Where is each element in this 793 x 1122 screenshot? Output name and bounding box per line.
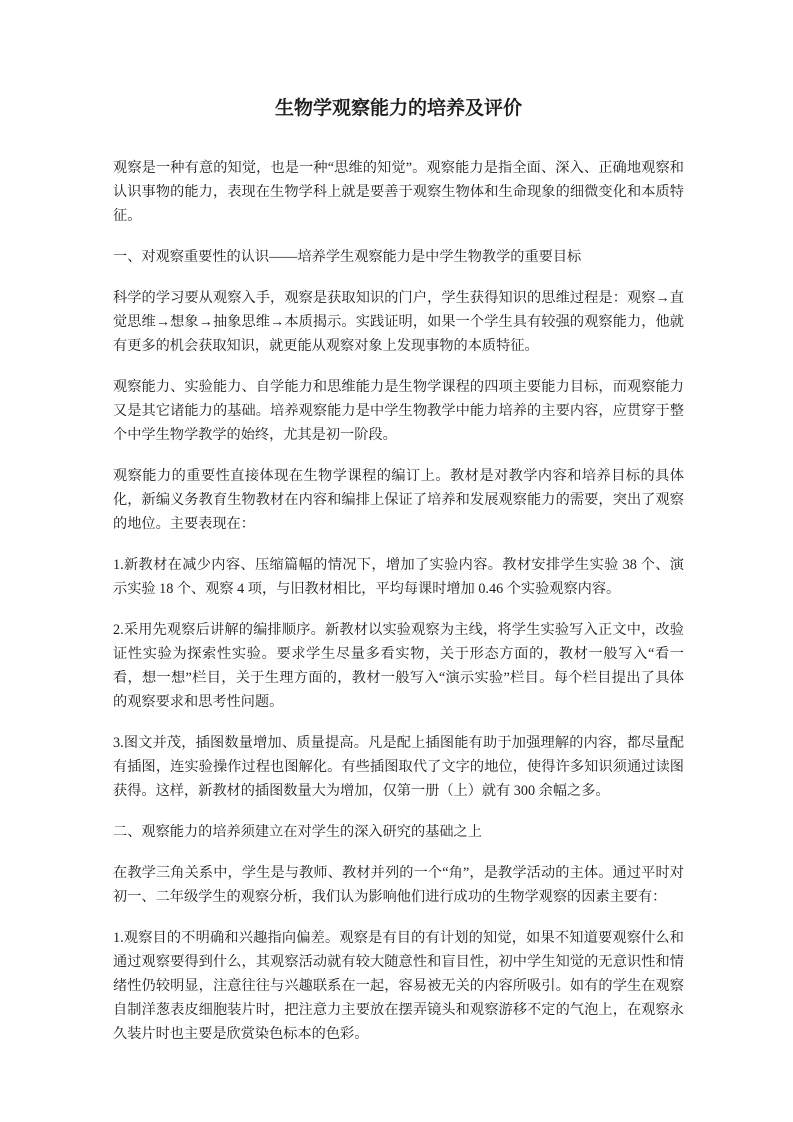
document-title: 生物学观察能力的培养及评价 — [113, 96, 684, 122]
section-heading-2: 二、观察能力的培养须建立在对学生的深入研究的基础之上 — [113, 820, 684, 844]
paragraph-learning-from-observation: 科学的学习要从观察入手，观察是获取知识的门户，学生获得知识的思维过程是：观察→直… — [113, 286, 684, 358]
paragraph-intro: 观察是一种有意的知觉，也是一种“思维的知觉”。观察能力是指全面、深入、正确地观察… — [113, 156, 684, 228]
paragraph-item-1-new-textbook-experiments: 1.新教材在减少内容、压缩篇幅的情况下，增加了实验内容。教材安排学生实验 38 … — [113, 553, 684, 601]
document-page: 生物学观察能力的培养及评价 观察是一种有意的知觉，也是一种“思维的知觉”。观察能… — [0, 0, 793, 1122]
section-heading-1: 一、对观察重要性的认识——培养学生观察能力是中学生物教学的重要目标 — [113, 245, 684, 269]
paragraph-teaching-triangle: 在教学三角关系中，学生是与教师、教材并列的一个“角”，是教学活动的主体。通过平时… — [113, 861, 684, 909]
paragraph-four-ability-goals: 观察能力、实验能力、自学能力和思维能力是生物学课程的四项主要能力目标，而观察能力… — [113, 375, 684, 447]
paragraph-item-2-observe-before-explain: 2.采用先观察后讲解的编排顺序。新教材以实验观察为主线，将学生实验写入正文中，改… — [113, 618, 684, 714]
paragraph-item-1-unclear-purpose: 1.观察目的不明确和兴趣指向偏差。观察是有目的有计划的知觉，如果不知道要观察什么… — [113, 926, 684, 1046]
paragraph-curriculum-importance: 观察能力的重要性直接体现在生物学课程的编订上。教材是对教学内容和培养目标的具体化… — [113, 464, 684, 536]
paragraph-item-3-illustrations: 3.图文并茂，插图数量增加、质量提高。凡是配上插图能有助于加强理解的内容，都尽量… — [113, 731, 684, 803]
